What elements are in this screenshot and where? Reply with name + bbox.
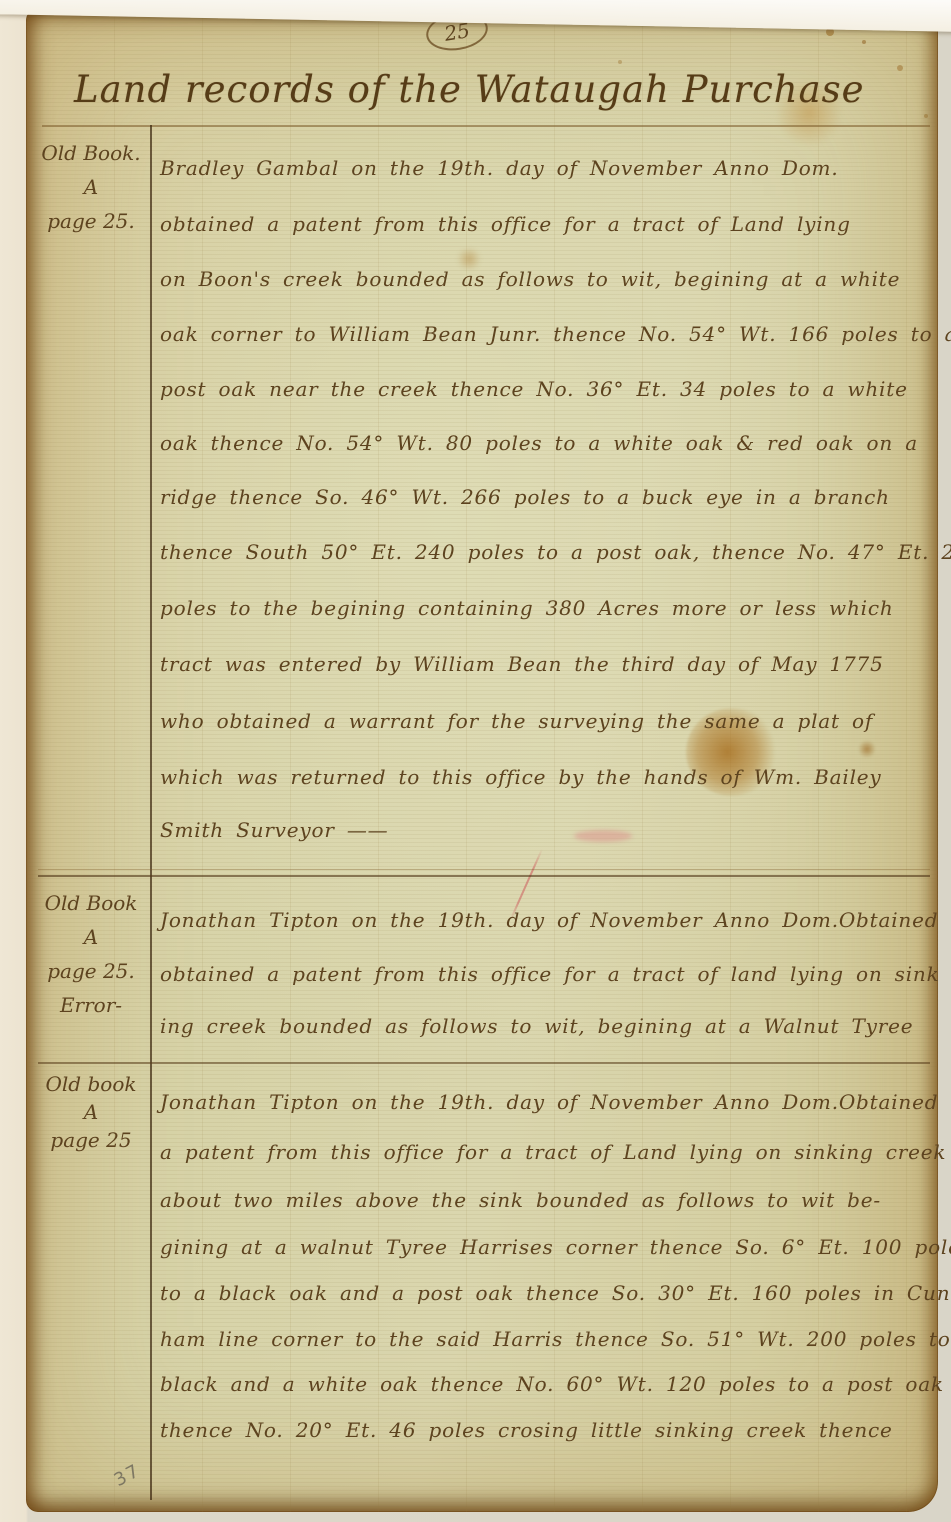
page-title: Land records of the Wataugah Purchase: [74, 68, 865, 111]
manuscript-line: obtained a patent from this office for a…: [160, 962, 936, 992]
manuscript-line: poles to the begining containing 380 Acr…: [160, 596, 936, 626]
margin-divider-rule: [150, 125, 152, 1500]
margin-page-ref: page 25: [36, 1126, 146, 1154]
margin-book-letter: A: [36, 170, 146, 204]
manuscript-line: Smith Surveyor ——: [160, 818, 936, 848]
manuscript-line-text: Jonathan Tipton on the 19th. day of Nove…: [160, 1090, 839, 1120]
manuscript-line: Bradley Gambal on the 19th. day of Novem…: [160, 156, 936, 186]
manuscript-line: about two miles above the sink bounded a…: [160, 1188, 936, 1218]
margin-book-label: Old book: [36, 1070, 146, 1098]
manuscript-line: thence No. 20° Et. 46 poles crosing litt…: [160, 1418, 936, 1448]
manuscript-line: Jonathan Tipton on the 19th. day of Nove…: [160, 1090, 936, 1120]
catchword: Obtained: [839, 1090, 938, 1120]
manuscript-line: ing creek bounded as follows to wit, beg…: [160, 1014, 936, 1044]
manuscript-line: oak thence No. 54° Wt. 80 poles to a whi…: [160, 431, 936, 461]
margin-note-entry-1: Old Book. A page 25.: [36, 136, 146, 238]
manuscript-page: 25 Land records of the Wataugah Purchase…: [26, 10, 938, 1512]
manuscript-line: black and a white oak thence No. 60° Wt.…: [160, 1372, 936, 1402]
margin-page-ref: page 25.: [36, 954, 146, 988]
margin-note-entry-3: Old book A page 25: [36, 1070, 146, 1154]
manuscript-line: which was returned to this office by the…: [160, 765, 936, 795]
ink-stain: [858, 740, 876, 758]
manuscript-line: oak corner to William Bean Junr. thence …: [160, 322, 936, 352]
title-underline-rule: [42, 125, 930, 127]
manuscript-line: to a black oak and a post oak thence So.…: [160, 1281, 936, 1311]
margin-book-label: Old Book.: [36, 136, 146, 170]
manuscript-line: who obtained a warrant for the surveying…: [160, 709, 936, 739]
margin-note-entry-2: Old Book A page 25. Error-: [36, 886, 146, 1022]
manuscript-line: ham line corner to the said Harris thenc…: [160, 1327, 936, 1357]
margin-error-note: Error-: [36, 988, 146, 1022]
entry-separator-rule: [38, 869, 930, 870]
margin-book-letter: A: [36, 1098, 146, 1126]
catchword: Obtained: [839, 908, 938, 938]
red-ink-mark: [511, 849, 543, 917]
entry-separator-rule: [38, 1062, 930, 1064]
manuscript-line-text: Jonathan Tipton on the 19th. day of Nove…: [160, 908, 839, 938]
manuscript-line: ridge thence So. 46° Wt. 266 poles to a …: [160, 485, 936, 515]
margin-book-letter: A: [36, 920, 146, 954]
scan-background: 25 Land records of the Wataugah Purchase…: [0, 0, 951, 1522]
pencil-folio-number: 37: [111, 1460, 145, 1491]
manuscript-line: on Boon's creek bounded as follows to wi…: [160, 267, 936, 297]
manuscript-line: thence South 50° Et. 240 poles to a post…: [160, 540, 936, 570]
entry-separator-rule: [38, 875, 930, 877]
manuscript-line: gining at a walnut Tyree Harrises corner…: [160, 1235, 936, 1265]
margin-page-ref: page 25.: [36, 204, 146, 238]
margin-book-label: Old Book: [36, 886, 146, 920]
manuscript-line: post oak near the creek thence No. 36° E…: [160, 377, 936, 407]
manuscript-line: tract was entered by William Bean the th…: [160, 652, 936, 682]
manuscript-line: Jonathan Tipton on the 19th. day of Nove…: [160, 908, 936, 938]
manuscript-line: a patent from this office for a tract of…: [160, 1140, 936, 1170]
manuscript-line: obtained a patent from this office for a…: [160, 212, 936, 242]
